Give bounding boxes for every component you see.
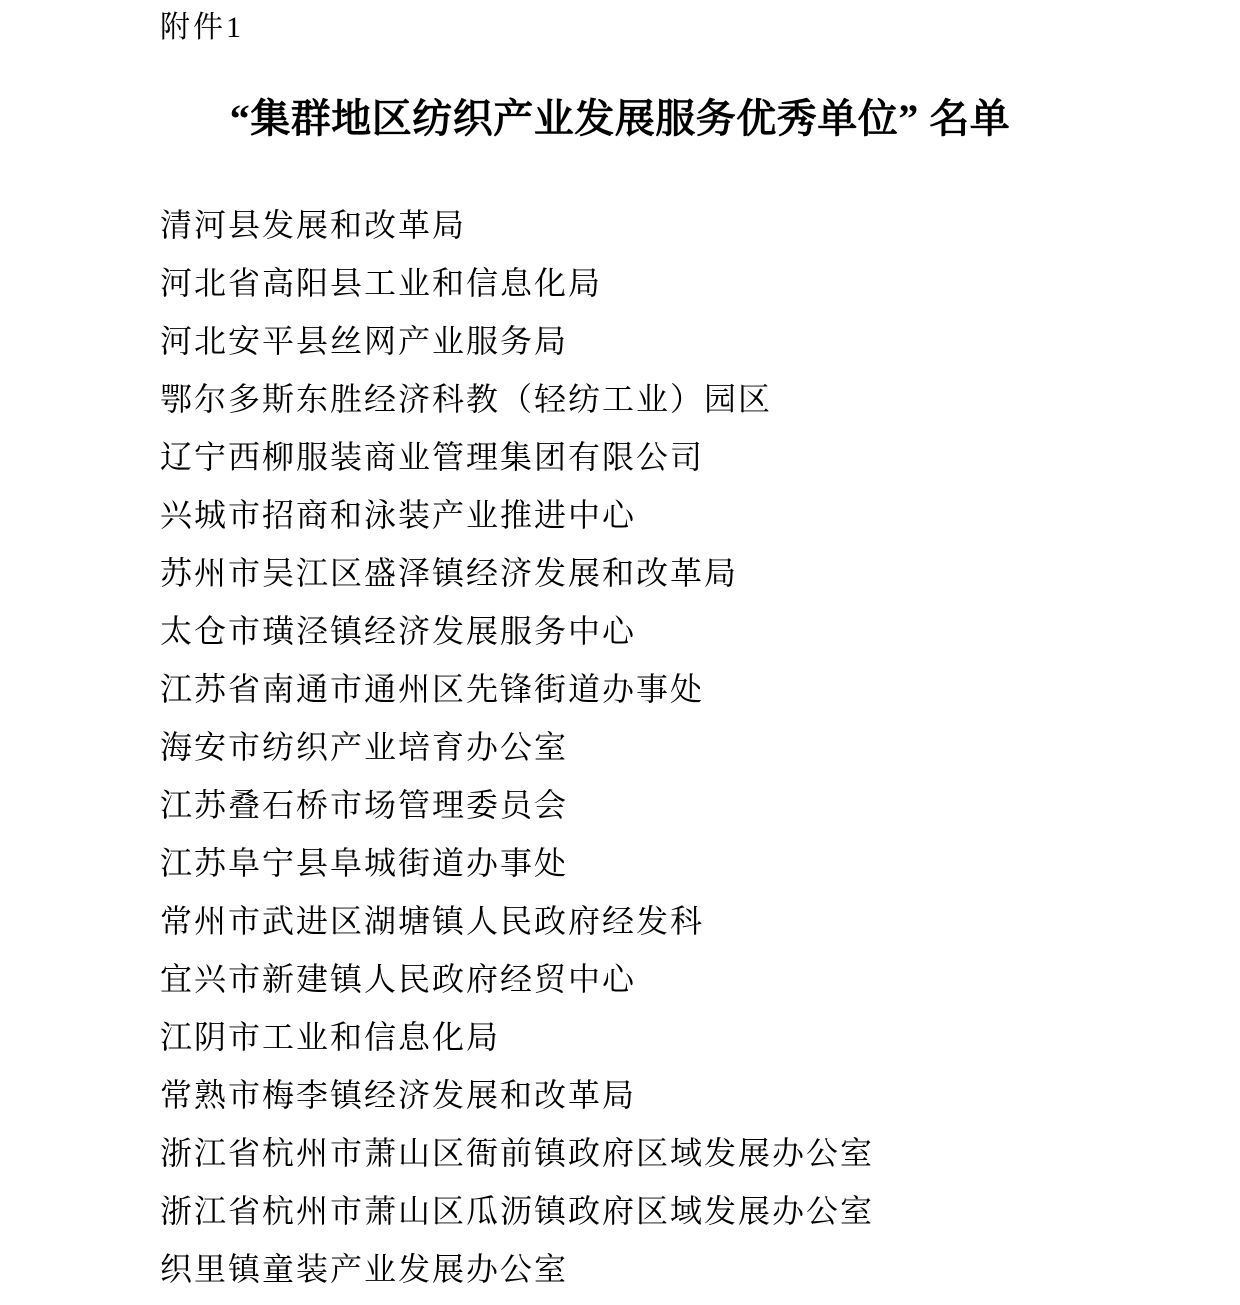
list-item: 宜兴市新建镇人民政府经贸中心 [160, 950, 874, 1008]
list-item: 清河县发展和改革局 [160, 196, 874, 254]
list-item: 浙江省杭州市萧山区瓜沥镇政府区域发展办公室 [160, 1182, 874, 1240]
document-title: “集群地区纺织产业发展服务优秀单位” 名单 [0, 94, 1240, 144]
list-item: 江阴市工业和信息化局 [160, 1008, 874, 1066]
list-item: 鄂尔多斯东胜经济科教（轻纺工业）园区 [160, 370, 874, 428]
list-item: 太仓市璜泾镇经济发展服务中心 [160, 602, 874, 660]
list-item: 江苏省南通市通州区先锋街道办事处 [160, 660, 874, 718]
list-item: 浙江省杭州市萧山区衙前镇政府区域发展办公室 [160, 1124, 874, 1182]
list-item: 河北安平县丝网产业服务局 [160, 312, 874, 370]
list-item: 苏州市吴江区盛泽镇经济发展和改革局 [160, 544, 874, 602]
list-item: 河北省高阳县工业和信息化局 [160, 254, 874, 312]
list-item: 常州市武进区湖塘镇人民政府经发科 [160, 892, 874, 950]
document-page: 附件1 “集群地区纺织产业发展服务优秀单位” 名单 清河县发展和改革局河北省高阳… [0, 0, 1240, 1305]
list-item: 兴城市招商和泳装产业推进中心 [160, 486, 874, 544]
list-item: 织里镇童装产业发展办公室 [160, 1240, 874, 1298]
organization-list: 清河县发展和改革局河北省高阳县工业和信息化局河北安平县丝网产业服务局鄂尔多斯东胜… [160, 196, 874, 1298]
list-item: 常熟市梅李镇经济发展和改革局 [160, 1066, 874, 1124]
list-item: 海安市纺织产业培育办公室 [160, 718, 874, 776]
attachment-label: 附件1 [160, 10, 244, 46]
list-item: 辽宁西柳服装商业管理集团有限公司 [160, 428, 874, 486]
list-item: 江苏叠石桥市场管理委员会 [160, 776, 874, 834]
list-item: 江苏阜宁县阜城街道办事处 [160, 834, 874, 892]
